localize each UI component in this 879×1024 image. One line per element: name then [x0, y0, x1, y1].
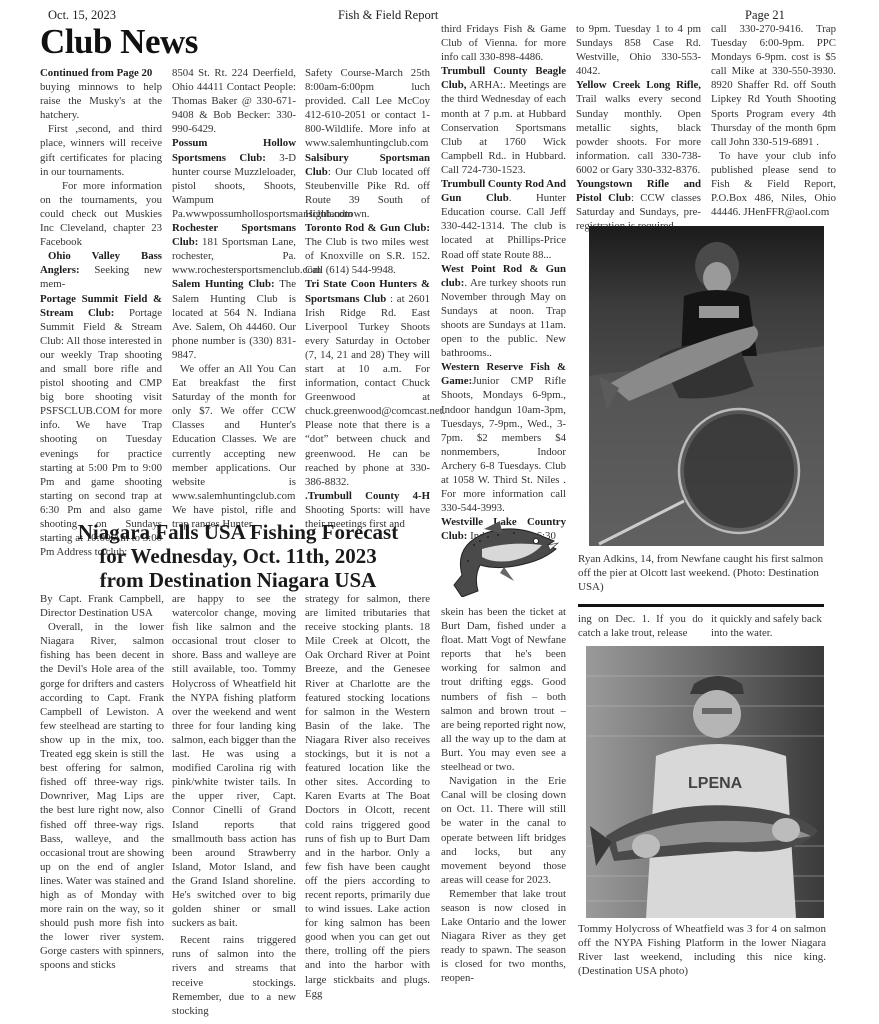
paragraph: it quickly and safely back into the wate…: [711, 612, 824, 640]
byline: By Capt. Frank Campbell, Director Destin…: [40, 592, 164, 620]
club-details: The Salem Hunting Club is located at 564…: [172, 278, 296, 360]
paragraph: ing on Dec. 1. If you do catch a lake tr…: [578, 612, 703, 640]
paragraph: third Fridays Fish & Game Club of Vienna…: [441, 22, 566, 64]
article-column-3: strategy for salmon, there are limited t…: [305, 592, 430, 1001]
paragraph: buying minnows to help raise the Musky's…: [40, 80, 162, 122]
article-column-1: By Capt. Frank Campbell, Director Destin…: [40, 592, 164, 973]
club-news-column-4: third Fridays Fish & Game Club of Vienna…: [441, 22, 566, 543]
paragraph: To have your club info published please …: [711, 149, 836, 219]
paragraph: Navigation in the Erie Canal will be clo…: [441, 774, 566, 887]
page-number: Page 21: [745, 8, 785, 23]
shirt-text: LPENA: [688, 775, 743, 792]
headline-line: for Wednesday, Oct. 11th, 2023: [38, 544, 438, 568]
paragraph: to 9pm. Tuesday 1 to 4 pm Sundays 858 Ca…: [576, 22, 701, 78]
paragraph: For more information on the tournaments,…: [40, 179, 162, 249]
article-column-6: it quickly and safely back into the wate…: [711, 612, 824, 640]
article-column-2: are happy to see the watercolor change, …: [172, 592, 296, 1018]
salmon-illustration: [444, 515, 564, 597]
article-column-4: skein has been the ticket at Burt Dam, f…: [441, 605, 566, 986]
photo-caption: Tommy Holycross of Wheatfield was 3 for …: [578, 922, 826, 978]
headline-line: Niagara Falls USA Fishing Forecast: [38, 520, 438, 544]
paragraph: call 330-270-9416. Trap Tuesday 6:00-9pm…: [711, 22, 836, 149]
photo-tommy-holycross: LPENA: [586, 646, 824, 918]
continued-note: Continued from Page 20: [40, 67, 152, 79]
paragraph: We offer an All You Can Eat breakfast th…: [172, 362, 296, 531]
club-name: .Trumbull County 4-H: [305, 490, 430, 502]
article-column-5: ing on Dec. 1. If you do catch a lake tr…: [578, 612, 703, 640]
club-details: ARHA:. Meetings are the third Wednesday …: [441, 79, 566, 176]
paragraph: Recent rains triggered runs of salmon in…: [172, 933, 296, 1018]
club-news-column-5: to 9pm. Tuesday 1 to 4 pm Sundays 858 Ca…: [576, 22, 701, 233]
paragraph: strategy for salmon, there are limited t…: [305, 592, 430, 1001]
club-details: Junior CMP Rifle Shoots, Mondays 6-9pm.,…: [441, 375, 566, 514]
photo-illustration: LPENA: [586, 646, 824, 918]
article-headline: Niagara Falls USA Fishing Forecast for W…: [38, 520, 438, 592]
publication-name: Fish & Field Report: [338, 8, 438, 23]
club-news-column-3: Safety Course-March 25th 8:00am-6:00pm l…: [305, 66, 430, 531]
club-details: The Club is two miles west of Knoxville …: [305, 236, 430, 276]
club-news-column-6: call 330-270-9416. Trap Tuesday 6:00-9pm…: [711, 22, 836, 219]
paragraph: Safety Course-March 25th 8:00am-6:00pm l…: [305, 66, 430, 151]
photo-caption: Ryan Adkins, 14, from Newfane caught his…: [578, 552, 828, 594]
headline-line: from Destination Niagara USA: [38, 568, 438, 592]
paragraph: Remember that lake trout season is now c…: [441, 887, 566, 986]
club-name: Yellow Creek Long Rifle,: [576, 79, 701, 91]
club-details: . Are turkey shoots run November through…: [441, 277, 566, 359]
club-news-column-1: Continued from Page 20 buying minnows to…: [40, 66, 162, 559]
paragraph: 8504 St. Rt. 224 Deerfield, Ohio 44411 C…: [172, 66, 296, 136]
club-details: : at 2601 Irish Ridge Rd. East Liverpool…: [305, 293, 445, 488]
paragraph: First ,second, and third place, winners …: [40, 122, 162, 178]
club-news-column-2: 8504 St. Rt. 224 Deerfield, Ohio 44411 C…: [172, 66, 296, 531]
paragraph: are happy to see the watercolor change, …: [172, 592, 296, 930]
club-name: Toronto Rod & Gun Club:: [305, 222, 430, 234]
paragraph: skein has been the ticket at Burt Dam, f…: [441, 605, 566, 774]
paragraph: Overall, in the lower Niagara River, sal…: [40, 620, 164, 972]
club-name: Salem Hunting Club:: [172, 278, 275, 290]
photo-ryan-adkins: [589, 226, 824, 546]
photo-illustration: [589, 226, 824, 546]
issue-date: Oct. 15, 2023: [48, 8, 116, 23]
section-divider: [578, 604, 824, 607]
club-details: Trail walks every second Sunday monthly.…: [576, 93, 701, 175]
salmon-icon: [444, 515, 564, 597]
section-title: Club News: [40, 24, 198, 59]
